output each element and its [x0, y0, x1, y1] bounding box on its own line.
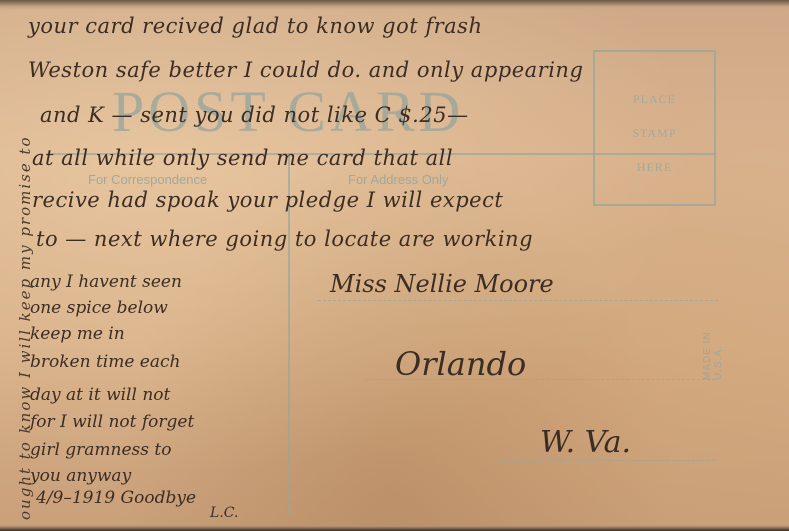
side-line-7: girl gramness to — [30, 440, 171, 460]
side-line-3: keep me in — [30, 324, 125, 344]
side-line-4: broken time each — [30, 352, 180, 372]
address-label: For Address Only — [348, 172, 448, 187]
side-line-1: any I havent seen — [30, 272, 182, 292]
stamp-text-place: PLACE — [595, 92, 714, 107]
signature-initials: L.C. — [210, 505, 238, 521]
recipient-city: Orlando — [395, 345, 526, 383]
card-top-edge — [0, 0, 789, 10]
message-line-5: recive had spoak your pledge I will expe… — [32, 188, 503, 212]
side-line-5: day at it will not — [30, 385, 170, 405]
address-line-1 — [318, 300, 718, 301]
address-line-3 — [500, 460, 715, 461]
stamp-text-stamp: STAMP — [595, 126, 714, 141]
card-bottom-edge — [0, 525, 789, 531]
side-line-6: for I will not forget — [30, 412, 194, 432]
recipient-name: Miss Nellie Moore — [330, 270, 554, 298]
postcard: POST CARD For Correspondence For Address… — [0, 0, 789, 531]
side-line-2: one spice below — [30, 298, 168, 318]
margin-vertical-text: ought to know I will keep my promise to — [16, 135, 34, 520]
correspondence-label: For Correspondence — [88, 172, 207, 187]
message-line-3: and K — sent you did not like C $.25— — [40, 103, 469, 127]
side-line-9-date-signoff: 4/9–1919 Goodbye — [36, 488, 196, 508]
stamp-box: PLACE STAMP HERE — [593, 50, 716, 206]
stamp-text-here: HERE — [595, 160, 714, 175]
recipient-state: W. Va. — [540, 425, 631, 460]
message-line-6: to — next where going to locate are work… — [36, 227, 533, 251]
message-line-1: your card recived glad to know got frash — [28, 14, 482, 38]
message-line-2: Weston safe better I could do. and only … — [28, 58, 583, 82]
side-line-8: you anyway — [30, 466, 131, 486]
message-line-4: at all while only send me card that all — [32, 146, 453, 170]
made-in-usa-imprint: MADE IN U.S.A. — [702, 293, 724, 380]
